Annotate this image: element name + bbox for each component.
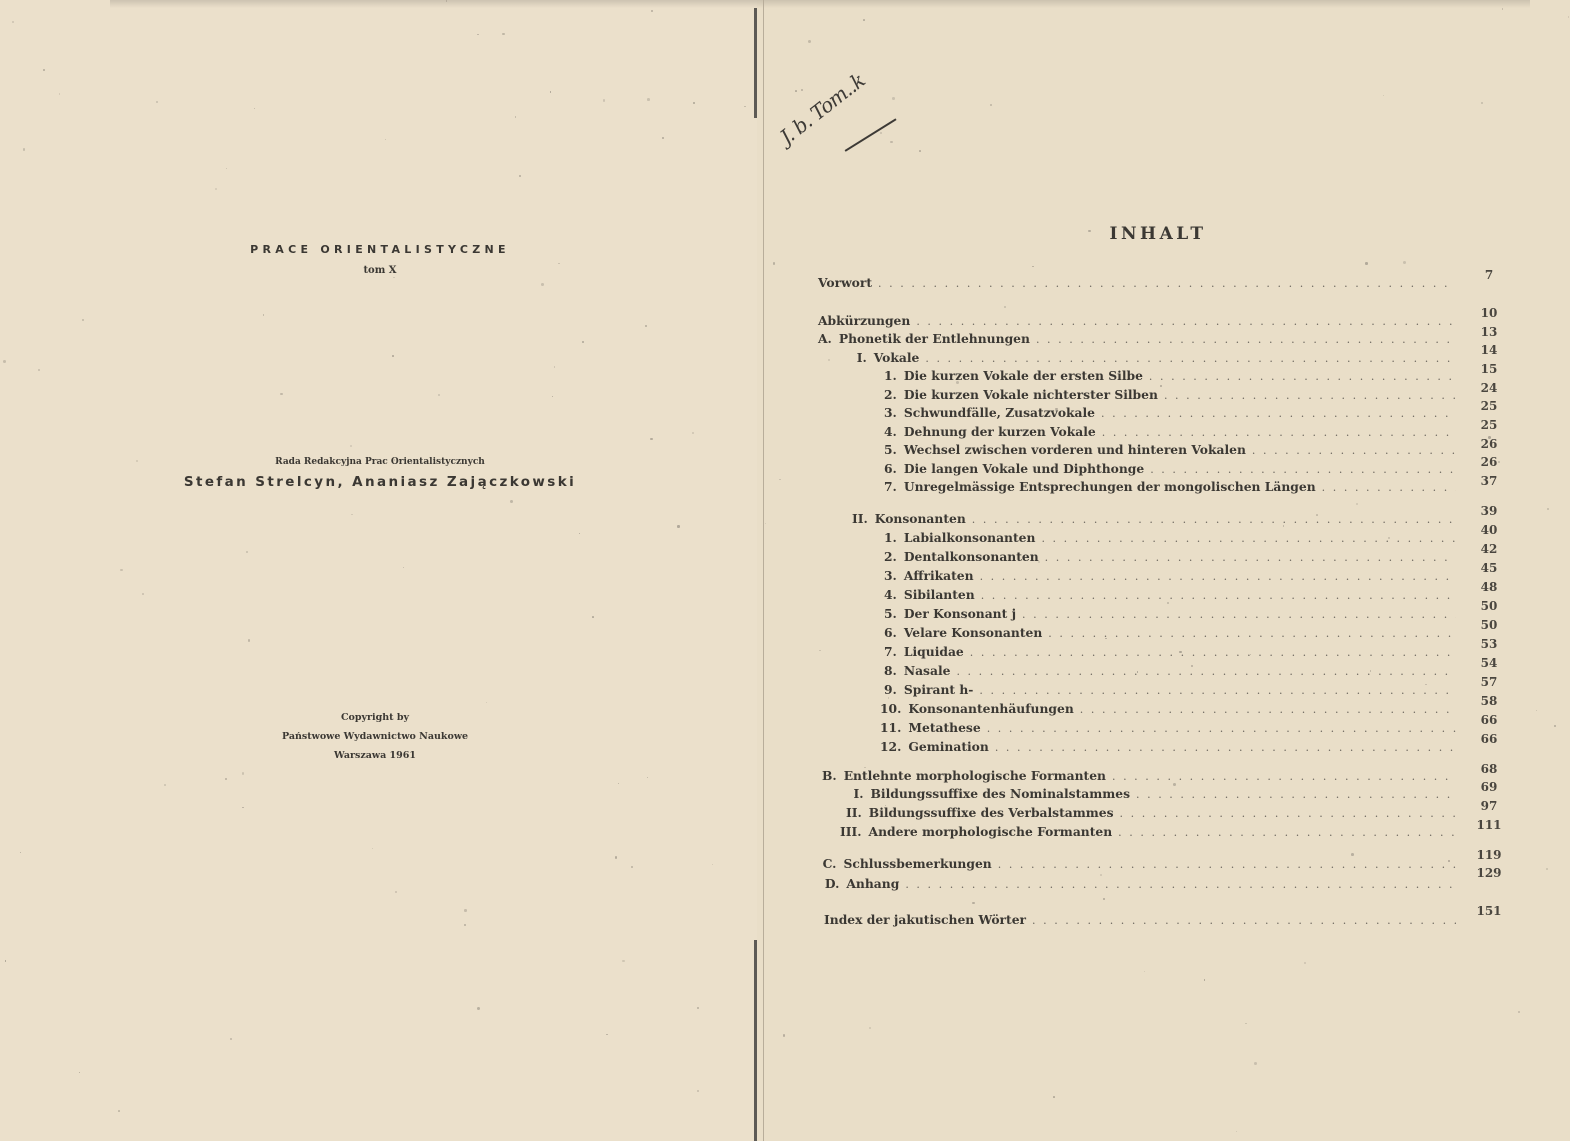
paper-speck bbox=[869, 1027, 871, 1029]
paper-speck bbox=[5, 960, 6, 961]
toc-entry-label: Gemination bbox=[908, 739, 988, 754]
toc-entry: 1.Labialkonsonanten.....................… bbox=[884, 530, 1456, 548]
toc-entry: 8.Nasale................................… bbox=[884, 663, 1456, 681]
toc-entry: 5.Der Konsonant j.......................… bbox=[884, 606, 1456, 624]
toc-entry-page: 24 bbox=[1472, 381, 1506, 395]
toc-entry-page: 129 bbox=[1472, 866, 1506, 880]
paper-speck bbox=[1053, 1096, 1055, 1098]
toc-entry: 12.Gemination...........................… bbox=[880, 739, 1456, 757]
toc-entry-page: 25 bbox=[1472, 399, 1506, 413]
toc-entry-page: 54 bbox=[1472, 656, 1506, 670]
dot-leader: ........................................… bbox=[905, 878, 1456, 891]
paper-speck bbox=[677, 525, 679, 527]
toc-entry-label: Konsonanten bbox=[875, 511, 966, 526]
paper-speck bbox=[1448, 860, 1450, 862]
dot-leader: ........................................… bbox=[1036, 333, 1456, 346]
paper-speck bbox=[651, 10, 653, 12]
paper-speck bbox=[3, 360, 6, 363]
paper-speck bbox=[1254, 1062, 1257, 1065]
toc-entry-label: Spirant h- bbox=[904, 682, 974, 697]
paper-speck bbox=[464, 909, 466, 911]
paper-speck bbox=[779, 479, 780, 480]
toc-entry-number: 1. bbox=[884, 530, 897, 545]
paper-speck bbox=[919, 150, 921, 152]
toc-entry-label: Der Konsonant j bbox=[904, 606, 1016, 621]
toc-entry-label: Andere morphologische Formanten bbox=[869, 824, 1113, 839]
paper-speck bbox=[631, 866, 633, 868]
toc-entry-number: 2. bbox=[884, 387, 897, 402]
paper-speck bbox=[615, 856, 617, 858]
paper-speck bbox=[1283, 525, 1285, 527]
toc-entry-page: 42 bbox=[1472, 542, 1506, 556]
toc-entry-page: 57 bbox=[1472, 675, 1506, 689]
dot-leader: ........................................… bbox=[970, 646, 1456, 659]
dot-leader: ........................................… bbox=[981, 589, 1456, 602]
paper-speck bbox=[120, 569, 122, 571]
dot-leader: ........................................… bbox=[1136, 788, 1456, 801]
paper-speck bbox=[351, 514, 352, 515]
toc-entry-number: 3. bbox=[884, 568, 897, 583]
gutter-shadow-top bbox=[754, 8, 757, 118]
paper-speck bbox=[82, 319, 84, 321]
dot-leader: ........................................… bbox=[1080, 703, 1456, 716]
paper-speck bbox=[1547, 508, 1548, 509]
toc-entry: 7.Unregelmässige Entsprechungen der mong… bbox=[884, 479, 1456, 497]
paper-speck bbox=[1038, 561, 1040, 563]
paper-speck bbox=[59, 93, 60, 94]
toc-entry: Index der jakutischen Wörter............… bbox=[824, 912, 1456, 930]
paper-speck bbox=[554, 366, 556, 368]
paper-speck bbox=[622, 960, 624, 962]
toc-entry-number: 6. bbox=[884, 461, 897, 476]
paper-speck bbox=[828, 359, 829, 360]
series-title: PRACE ORIENTALISTYCZNE bbox=[150, 243, 610, 256]
toc-entry-label: Bildungssuffixe des Verbalstammes bbox=[869, 805, 1114, 820]
dot-leader: ........................................… bbox=[878, 277, 1456, 290]
dot-leader: ........................................… bbox=[1149, 370, 1456, 383]
editorial-board-label: Rada Redakcyjna Prac Orientalistycznych bbox=[150, 457, 610, 467]
toc-entry-label: Index der jakutischen Wörter bbox=[824, 912, 1026, 927]
toc-entry: 7.Liquidae..............................… bbox=[884, 644, 1456, 662]
paper-speck bbox=[1204, 979, 1206, 981]
toc-entry-number: 5. bbox=[884, 442, 897, 457]
dot-leader: ........................................… bbox=[956, 665, 1456, 678]
toc-entry-page: 151 bbox=[1472, 904, 1506, 918]
copyright-line-1: Copyright by bbox=[250, 712, 500, 723]
paper-speck bbox=[246, 551, 248, 553]
toc-entry: 3.Schwundfälle, Zusatzvokale............… bbox=[884, 405, 1456, 423]
toc-entry: 10.Konsonantenhäufungen.................… bbox=[880, 701, 1456, 719]
toc-entry: 6.Die langen Vokale und Diphthonge......… bbox=[884, 461, 1456, 479]
copyright-line-3: Warszawa 1961 bbox=[250, 750, 500, 761]
paper-speck bbox=[650, 438, 653, 441]
paper-speck bbox=[242, 772, 244, 774]
dot-leader: ........................................… bbox=[1022, 608, 1456, 621]
toc-entry-number: I. bbox=[852, 786, 864, 801]
toc-entry-number: 1. bbox=[884, 368, 897, 383]
toc-entry-page: 58 bbox=[1472, 694, 1506, 708]
toc-entry-page: 40 bbox=[1472, 523, 1506, 537]
copyright-line-2: Państwowe Wydawnictwo Naukowe bbox=[250, 731, 500, 742]
paper-speck bbox=[647, 98, 650, 101]
toc-entry-number: 7. bbox=[884, 644, 897, 659]
toc-entry-label: Phonetik der Entlehnungen bbox=[839, 331, 1030, 346]
paper-speck bbox=[226, 168, 227, 169]
toc-entry-page: 39 bbox=[1472, 504, 1506, 518]
paper-speck bbox=[1245, 1023, 1246, 1024]
toc-entry: 2.Dentalkonsonanten.....................… bbox=[884, 549, 1456, 567]
toc-entry: 11.Metathese............................… bbox=[880, 720, 1456, 738]
dot-leader: ........................................… bbox=[916, 315, 1456, 328]
toc-entry-label: Dentalkonsonanten bbox=[904, 549, 1039, 564]
paper-speck bbox=[1100, 874, 1102, 876]
paper-speck bbox=[863, 19, 865, 21]
toc-entry: Vorwort.................................… bbox=[818, 275, 1456, 293]
toc-entry-page: 45 bbox=[1472, 561, 1506, 575]
toc-entry: 3.Affrikaten............................… bbox=[884, 568, 1456, 586]
toc-entry-label: Liquidae bbox=[904, 644, 964, 659]
paper-speck bbox=[697, 1007, 699, 1009]
paper-speck bbox=[263, 314, 264, 315]
toc-entry-label: Konsonantenhäufungen bbox=[908, 701, 1073, 716]
toc-entry-number: 2. bbox=[884, 549, 897, 564]
toc-entry-page: 15 bbox=[1472, 362, 1506, 376]
toc-entry: 6.Velare Konsonanten....................… bbox=[884, 625, 1456, 643]
toc-entry-label: Die kurzen Vokale der ersten Silbe bbox=[904, 368, 1143, 383]
toc-entry-label: Velare Konsonanten bbox=[904, 625, 1042, 640]
toc-entry-number: II. bbox=[852, 511, 868, 526]
toc-entry-page: 26 bbox=[1472, 437, 1506, 451]
toc-entry-label: Bildungssuffixe des Nominalstammes bbox=[871, 786, 1130, 801]
toc-entry-label: Labialkonsonanten bbox=[904, 530, 1036, 545]
series-volume: tom X bbox=[150, 265, 610, 276]
toc-entry: I.Bildungssuffixe des Nominalstammes....… bbox=[852, 786, 1456, 804]
paper-speck bbox=[744, 106, 746, 108]
toc-entry-page: 68 bbox=[1472, 762, 1506, 776]
toc-entry: 1.Die kurzen Vokale der ersten Silbe....… bbox=[884, 368, 1456, 386]
paper-speck bbox=[1403, 261, 1406, 264]
toc-entry: 9.Spirant h-............................… bbox=[884, 682, 1456, 700]
toc-entry-page: 53 bbox=[1472, 637, 1506, 651]
gutter-line bbox=[763, 0, 764, 1141]
toc-entry-page: 48 bbox=[1472, 580, 1506, 594]
toc-entry-label: Metathese bbox=[908, 720, 980, 735]
toc-entry-label: Vorwort bbox=[818, 275, 872, 290]
toc-entry-label: Die langen Vokale und Diphthonge bbox=[904, 461, 1144, 476]
paper-speck bbox=[79, 1072, 80, 1073]
paper-speck bbox=[1481, 102, 1483, 104]
paper-speck bbox=[592, 616, 594, 618]
paper-speck bbox=[477, 34, 478, 35]
paper-speck bbox=[645, 325, 647, 327]
toc-entry-number: 7. bbox=[884, 479, 897, 494]
toc-entry-label: Affrikaten bbox=[904, 568, 974, 583]
dot-leader: ........................................… bbox=[987, 722, 1456, 735]
toc-entry-page: 10 bbox=[1472, 306, 1506, 320]
dot-leader: ........................................… bbox=[1041, 532, 1456, 545]
dot-leader: ........................................… bbox=[925, 352, 1456, 365]
toc-entry-number: 8. bbox=[884, 663, 897, 678]
toc-entry-label: Schwundfälle, Zusatzvokale bbox=[904, 405, 1095, 420]
toc-entry-label: Unregelmässige Entsprechungen der mongol… bbox=[904, 479, 1316, 494]
toc-entry-number: 10. bbox=[880, 701, 901, 716]
toc-entry: 5.Wechsel zwischen vorderen und hinteren… bbox=[884, 442, 1456, 460]
dot-leader: ........................................… bbox=[1118, 826, 1456, 839]
toc-entry-number: 6. bbox=[884, 625, 897, 640]
paper-speck bbox=[1137, 671, 1138, 672]
toc-entry-page: 7 bbox=[1472, 268, 1506, 282]
toc-entry-label: Die kurzen Vokale nichterster Silben bbox=[904, 387, 1158, 402]
toc-entry: D.Anhang................................… bbox=[822, 876, 1456, 894]
paper-speck bbox=[510, 500, 513, 503]
toc-entry-label: Schlussbemerkungen bbox=[843, 856, 991, 871]
dot-leader: ........................................… bbox=[1322, 481, 1456, 494]
toc-entry-number: 11. bbox=[880, 720, 901, 735]
paper-speck bbox=[808, 40, 811, 43]
toc-entry-label: Vokale bbox=[874, 350, 920, 365]
toc-entry: C.Schlussbemerkungen....................… bbox=[822, 856, 1456, 874]
paper-speck bbox=[164, 784, 166, 786]
toc-entry: Abkürzungen.............................… bbox=[818, 313, 1456, 331]
dot-leader: ........................................… bbox=[1102, 426, 1456, 439]
toc-entry-number: III. bbox=[840, 824, 862, 839]
toc-entry-label: Dehnung der kurzen Vokale bbox=[904, 424, 1096, 439]
toc-entry-number: 9. bbox=[884, 682, 897, 697]
paper-speck bbox=[1365, 262, 1367, 264]
toc-entry-number: C. bbox=[822, 856, 836, 871]
dot-leader: ........................................… bbox=[972, 513, 1456, 526]
toc-heading: INHALT bbox=[1058, 224, 1258, 244]
toc-entry-number: 5. bbox=[884, 606, 897, 621]
toc-entry-page: 66 bbox=[1472, 713, 1506, 727]
toc-entry-number: I. bbox=[850, 350, 867, 365]
top-edge-smudge bbox=[110, 0, 1530, 8]
paper-speck bbox=[1032, 266, 1033, 267]
paper-speck bbox=[43, 69, 45, 71]
toc-entry-label: Nasale bbox=[904, 663, 951, 678]
paper-speck bbox=[1502, 8, 1504, 10]
toc-entry-page: 50 bbox=[1472, 599, 1506, 613]
paper-speck bbox=[1518, 1011, 1520, 1013]
toc-entry-page: 111 bbox=[1472, 818, 1506, 832]
paper-speck bbox=[1004, 306, 1006, 308]
toc-entry: III.Andere morphologische Formanten.....… bbox=[840, 824, 1456, 842]
dot-leader: ........................................… bbox=[979, 684, 1456, 697]
gutter-shadow-bottom bbox=[754, 940, 757, 1141]
toc-entry: B.Entlehnte morphologische Formanten....… bbox=[822, 768, 1456, 786]
paper-speck bbox=[1179, 651, 1182, 654]
paper-speck bbox=[795, 90, 797, 92]
paper-speck bbox=[697, 1090, 698, 1091]
dot-leader: ........................................… bbox=[995, 741, 1456, 754]
toc-entry-page: 25 bbox=[1472, 418, 1506, 432]
dot-leader: ........................................… bbox=[1120, 807, 1456, 820]
editorial-board-names: Stefan Strelcyn, Ananiasz Zajączkowski bbox=[150, 474, 610, 490]
toc-entry-number: A. bbox=[818, 331, 832, 346]
toc-entry-number: 4. bbox=[884, 424, 897, 439]
dot-leader: ........................................… bbox=[1112, 770, 1456, 783]
paper-speck bbox=[692, 432, 694, 434]
toc-entry: I.Vokale................................… bbox=[850, 350, 1456, 368]
toc-entry-page: 37 bbox=[1472, 474, 1506, 488]
dot-leader: ........................................… bbox=[998, 858, 1456, 871]
toc-entry-number: 4. bbox=[884, 587, 897, 602]
toc-entry: 4.Dehnung der kurzen Vokale.............… bbox=[884, 424, 1456, 442]
paper-speck bbox=[558, 263, 559, 264]
toc-entry-number: 3. bbox=[884, 405, 897, 420]
toc-entry-label: Entlehnte morphologische Formanten bbox=[844, 768, 1106, 783]
paper-speck bbox=[1191, 665, 1193, 667]
toc-entry-label: Anhang bbox=[846, 876, 899, 891]
paper-speck bbox=[438, 394, 440, 396]
dot-leader: ........................................… bbox=[1150, 463, 1456, 476]
left-page bbox=[0, 0, 757, 1141]
toc-entry-number: II. bbox=[846, 805, 862, 820]
paper-speck bbox=[1388, 537, 1389, 538]
toc-entry-page: 26 bbox=[1472, 455, 1506, 469]
toc-entry: II.Konsonanten..........................… bbox=[852, 511, 1456, 529]
toc-entry-number: D. bbox=[822, 876, 839, 891]
toc-entry-page: 50 bbox=[1472, 618, 1506, 632]
toc-entry-page: 13 bbox=[1472, 325, 1506, 339]
toc-entry-number: B. bbox=[822, 768, 837, 783]
paper-speck bbox=[541, 283, 544, 286]
paper-speck bbox=[1173, 783, 1176, 786]
dot-leader: ........................................… bbox=[1032, 914, 1456, 927]
paper-speck bbox=[693, 102, 695, 104]
toc-entry-page: 97 bbox=[1472, 799, 1506, 813]
toc-entry-number: 12. bbox=[880, 739, 901, 754]
toc-entry: 4.Sibilanten............................… bbox=[884, 587, 1456, 605]
paper-speck bbox=[1351, 853, 1354, 856]
paper-speck bbox=[819, 650, 820, 651]
paper-speck bbox=[892, 97, 895, 100]
paper-speck bbox=[1250, 654, 1251, 655]
paper-speck bbox=[142, 593, 144, 595]
dot-leader: ........................................… bbox=[1101, 407, 1456, 420]
toc-entry: II.Bildungssuffixe des Verbalstammes....… bbox=[846, 805, 1456, 823]
toc-entry-label: Sibilanten bbox=[904, 587, 975, 602]
toc-entry: A.Phonetik der Entlehnungen.............… bbox=[818, 331, 1456, 349]
dot-leader: ........................................… bbox=[1164, 389, 1456, 402]
dot-leader: ........................................… bbox=[1252, 444, 1456, 457]
paper-speck bbox=[242, 807, 243, 808]
toc-entry-page: 69 bbox=[1472, 780, 1506, 794]
dot-leader: ........................................… bbox=[1048, 627, 1456, 640]
paper-speck bbox=[990, 104, 992, 106]
toc-entry-page: 119 bbox=[1472, 848, 1506, 862]
paper-speck bbox=[773, 262, 775, 264]
toc-entry: 2.Die kurzen Vokale nichterster Silben..… bbox=[884, 387, 1456, 405]
toc-entry-label: Wechsel zwischen vorderen und hinteren V… bbox=[904, 442, 1246, 457]
paper-speck bbox=[280, 393, 283, 396]
dot-leader: ........................................… bbox=[980, 570, 1456, 583]
toc-entry-page: 14 bbox=[1472, 343, 1506, 357]
paper-speck bbox=[964, 617, 967, 620]
toc-entry-label: Abkürzungen bbox=[818, 313, 910, 328]
toc-entry-page: 66 bbox=[1472, 732, 1506, 746]
dot-leader: ........................................… bbox=[1045, 551, 1456, 564]
